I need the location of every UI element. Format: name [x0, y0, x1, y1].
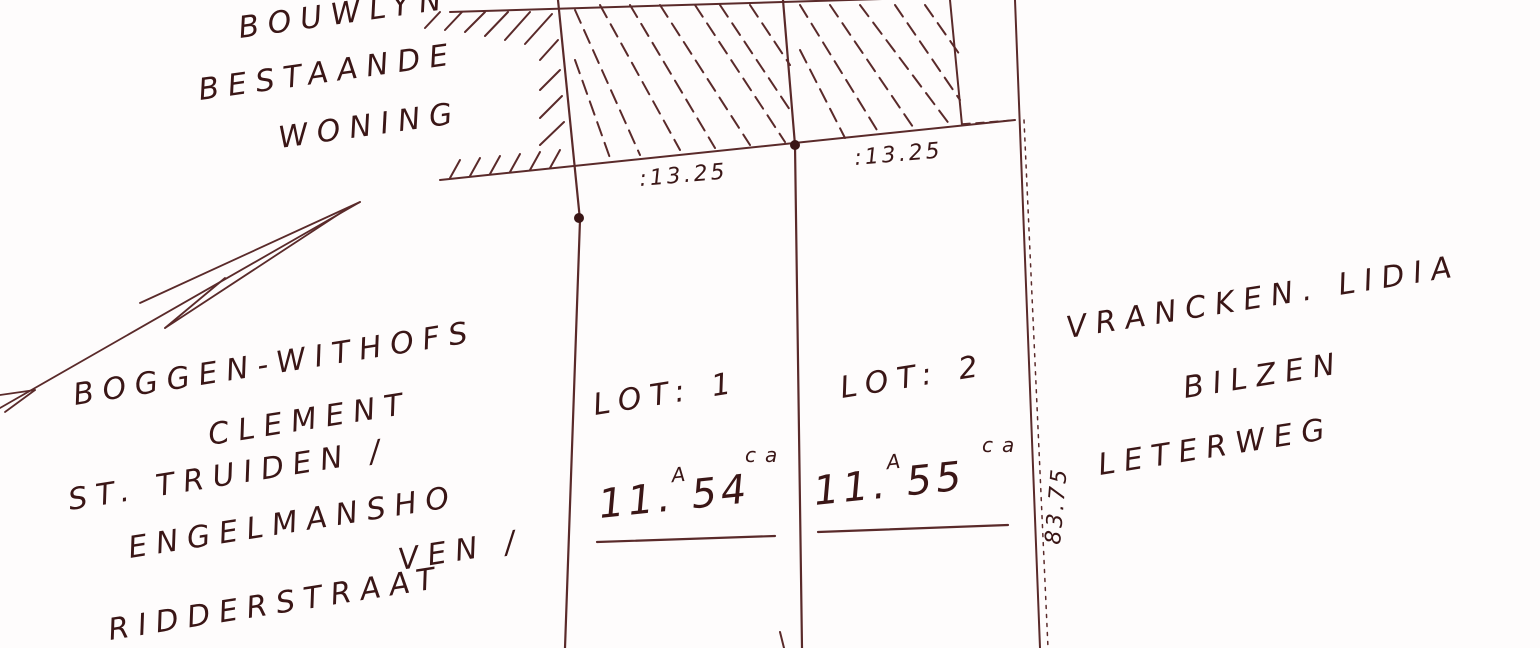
- west-neighbor-label: BOGGEN-WITHOFS CLEMENT ST. TRUIDEN / ENG…: [66, 315, 526, 648]
- plot-plan-sheet: BOUWLYN BESTAANDE WONING :13.25 :13.25 8…: [0, 0, 1540, 648]
- lot1-area-unit: ca: [745, 443, 786, 467]
- lot1-label: LOT: 1: [591, 365, 742, 423]
- svg-text:BOGGEN-WITHOFS: BOGGEN-WITHOFS: [71, 315, 479, 413]
- lot1-area-underline: [597, 536, 775, 542]
- lot1-front-dimension: :13.25: [638, 159, 728, 192]
- lot2-label: LOT: 2: [838, 348, 989, 406]
- side-depth-dimension: 83.75: [1041, 466, 1073, 546]
- plot-plan-drawing: BOUWLYN BESTAANDE WONING :13.25 :13.25 8…: [0, 0, 1540, 648]
- svg-text:LETERWEG: LETERWEG: [1096, 411, 1336, 483]
- lot2-area: 11.A55: [810, 442, 967, 515]
- lot2-area-underline: [818, 525, 1008, 532]
- lot-1: LOT: 1 11.A54 ca: [591, 365, 786, 528]
- lot2-front-dimension: :13.25: [853, 138, 943, 171]
- lot-boundaries: [558, 0, 1048, 648]
- existing-house-label-line2: WONING: [276, 96, 463, 156]
- svg-text:RIDDERSTRAAT: RIDDERSTRAAT: [106, 560, 446, 648]
- bouwlijn-label: BOUWLYN: [236, 0, 452, 46]
- lot1-area: 11.A54: [595, 455, 752, 528]
- lot2-area-unit: ca: [982, 433, 1023, 457]
- survey-point-marker: [790, 140, 800, 150]
- stray-mark: [780, 632, 784, 648]
- survey-point-marker: [574, 213, 584, 223]
- svg-text:VRANCKEN. LIDIA: VRANCKEN. LIDIA: [1064, 249, 1463, 346]
- existing-house-label-line1: BESTAANDE: [196, 37, 459, 108]
- east-neighbor-label: VRANCKEN. LIDIA BILZEN LETERWEG: [1064, 249, 1463, 483]
- lot-2: LOT: 2 11.A55 ca: [810, 348, 1023, 515]
- svg-text:BILZEN: BILZEN: [1181, 346, 1347, 406]
